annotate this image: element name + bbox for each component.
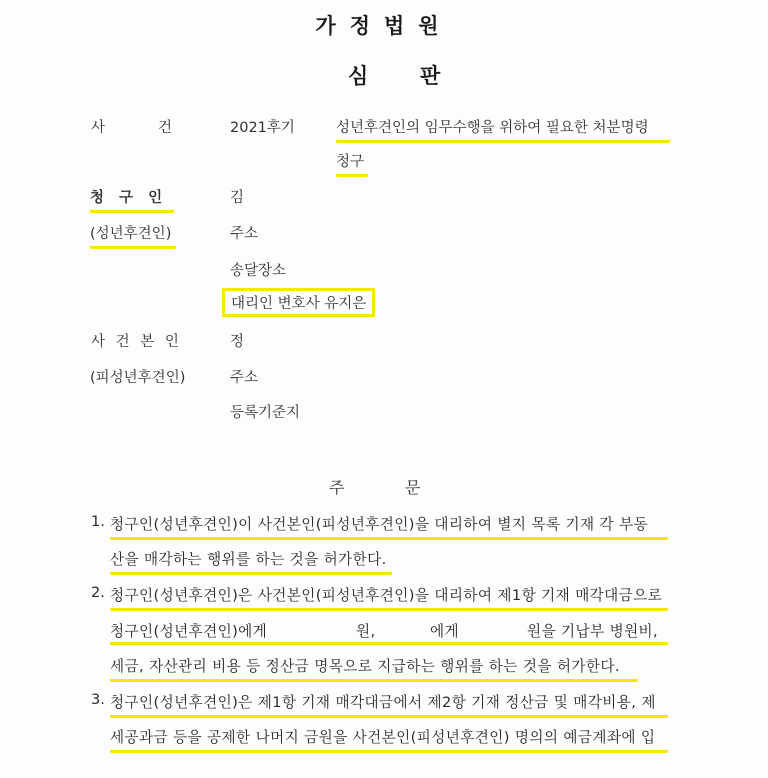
case-title-line2: 청구 bbox=[336, 150, 368, 177]
court-name: 가정법원 bbox=[0, 10, 768, 40]
principal-address-label: 주소 bbox=[230, 366, 258, 387]
court-document-page: 가정법원 심 판 사 건 2021후기 성년후견인의 임무수행을 위하여 필요한… bbox=[0, 0, 768, 778]
order-item-3-number: 3. bbox=[91, 691, 105, 708]
doc-title-right: 판 bbox=[420, 60, 440, 90]
order-item-3-line-1: 청구인(성년후견인)은 제1항 기재 매각대금에서 제2항 기재 정산금 및 매… bbox=[110, 691, 668, 718]
order-item-2-line-1: 청구인(성년후견인)은 사건본인(피성년후견인)을 대리하여 제1항 기재 매각… bbox=[110, 584, 668, 611]
case-title-line1: 성년후견인의 임무수행을 위하여 필요한 처분명령 bbox=[336, 116, 670, 143]
principal-label: 사 건 본 인 bbox=[91, 330, 180, 351]
principal-registry-label: 등록기준지 bbox=[230, 401, 300, 422]
order-item-2-line-2-to: 에게 bbox=[430, 620, 459, 641]
order-heading-right: 문 bbox=[405, 475, 420, 498]
claimant-role: (성년후견인) bbox=[90, 222, 176, 249]
doc-title-left: 심 bbox=[348, 60, 368, 90]
order-item-3-line-2: 세공과금 등을 공제한 나머지 금원을 사건본인(피성년후견인) 명의의 예금계… bbox=[110, 726, 668, 753]
claimant-address-label: 주소 bbox=[230, 222, 258, 243]
order-heading-left: 주 bbox=[329, 475, 344, 498]
order-item-2-line-2-amount-1: 원, bbox=[356, 620, 376, 641]
claimant-attorney: 대리인 변호사 유지은 bbox=[222, 288, 375, 317]
case-label-b: 건 bbox=[158, 116, 172, 137]
claimant-label: 청 구 인 bbox=[90, 186, 174, 213]
claimant-name: 김 bbox=[230, 186, 244, 207]
order-item-1-line-1: 청구인(성년후견인)이 사건본인(피성년후견인)을 대리하여 별지 목록 기재 … bbox=[110, 513, 668, 540]
order-item-2-line-2-amount-2: 원을 기납부 병원비, bbox=[527, 620, 658, 641]
claimant-delivery-label: 송달장소 bbox=[230, 259, 286, 280]
order-item-2-number: 2. bbox=[91, 584, 105, 601]
principal-name: 정 bbox=[230, 330, 244, 351]
order-item-2-line-2-recipient: 청구인(성년후견인)에게 bbox=[110, 620, 267, 641]
order-item-1-line-2: 산을 매각하는 행위를 하는 것을 허가한다. bbox=[110, 548, 392, 575]
case-number: 2021후기 bbox=[230, 116, 295, 137]
order-item-2-line-3: 세금, 자산관리 비용 등 정산금 명목으로 지급하는 행위를 하는 것을 허가… bbox=[110, 655, 638, 682]
case-label-a: 사 bbox=[91, 116, 105, 137]
order-item-1-number: 1. bbox=[91, 513, 105, 530]
principal-role: (피성년후견인) bbox=[90, 366, 185, 387]
